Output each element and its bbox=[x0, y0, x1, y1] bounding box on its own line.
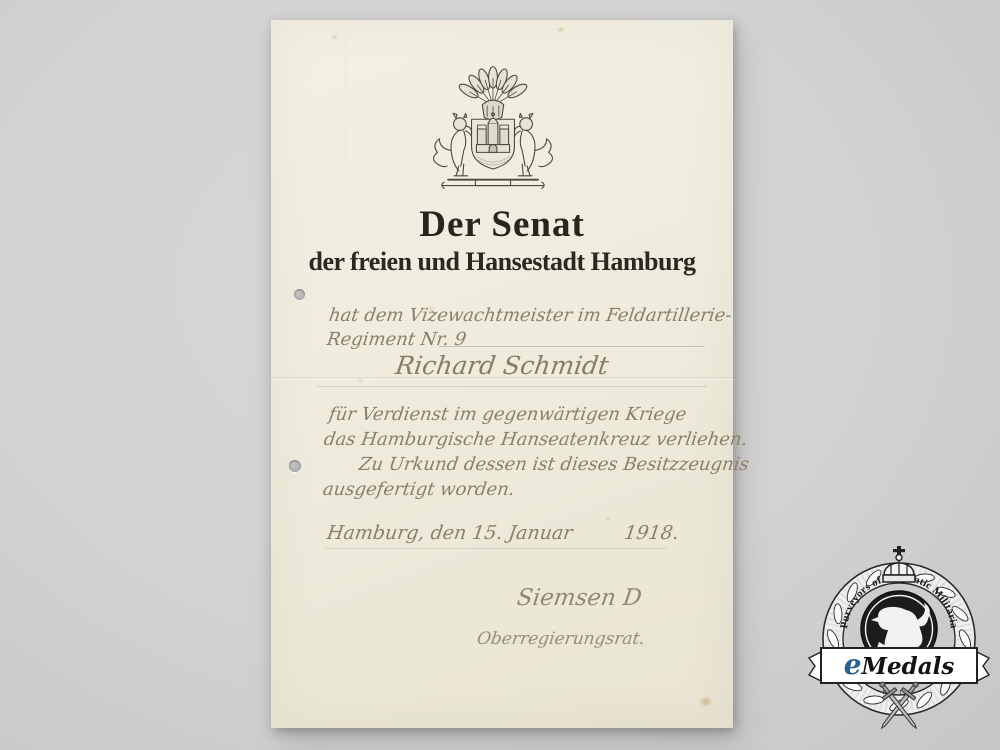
foxing-spot bbox=[557, 26, 565, 33]
printed-rule bbox=[439, 346, 705, 347]
punch-hole bbox=[294, 289, 305, 300]
citation-line-3: Zu Urkund dessen ist dieses Besitzzeugni… bbox=[358, 456, 750, 474]
citation-line-1: für Verdienst im gegenwärtigen Kriege bbox=[328, 406, 688, 424]
brand-rest: Medals bbox=[861, 653, 955, 680]
brand-e: e bbox=[844, 648, 862, 681]
svg-text:eMedals: eMedals bbox=[844, 648, 955, 681]
foxing-spot bbox=[699, 696, 713, 707]
brand-banner: eMedals bbox=[809, 648, 989, 683]
citation-line-4: ausgefertigt worden. bbox=[322, 481, 516, 499]
foxing-spot bbox=[357, 378, 364, 384]
citation-line-2: das Hamburgische Hanseatenkreuz verliehe… bbox=[323, 431, 749, 449]
document-title-line2: der freien und Hansestadt Hamburg bbox=[271, 249, 733, 275]
date-year: 1918. bbox=[623, 524, 680, 543]
signer-title: Oberregierungsrat. bbox=[476, 631, 646, 648]
hamburg-coat-of-arms-icon bbox=[415, 60, 571, 198]
printed-rule bbox=[317, 386, 707, 387]
foxing-spot bbox=[331, 34, 338, 40]
date-line: Hamburg, den 15. Januar1918. bbox=[326, 524, 680, 543]
recipient-name: Richard Schmidt bbox=[269, 353, 735, 378]
fold-crease bbox=[345, 20, 347, 170]
document-title-line1: Der Senat bbox=[271, 206, 733, 243]
date-place: Hamburg, den 15. Januar bbox=[326, 522, 574, 544]
award-document-paper: Der Senat der freien und Hansestadt Hamb… bbox=[271, 20, 733, 728]
award-line-rank: hat dem Vizewachtmeister im Feldartiller… bbox=[328, 307, 733, 325]
photo-backdrop: Der Senat der freien und Hansestadt Hamb… bbox=[0, 0, 1000, 750]
award-line-regiment: Regiment Nr. 9 bbox=[326, 331, 468, 349]
emedals-watermark-logo: Purveyors of Authentic Militaria eMedals… bbox=[806, 544, 992, 742]
signature: Siemsen D bbox=[515, 587, 643, 610]
printed-rule bbox=[325, 548, 667, 549]
punch-hole bbox=[289, 460, 301, 472]
foxing-spot bbox=[605, 517, 611, 522]
